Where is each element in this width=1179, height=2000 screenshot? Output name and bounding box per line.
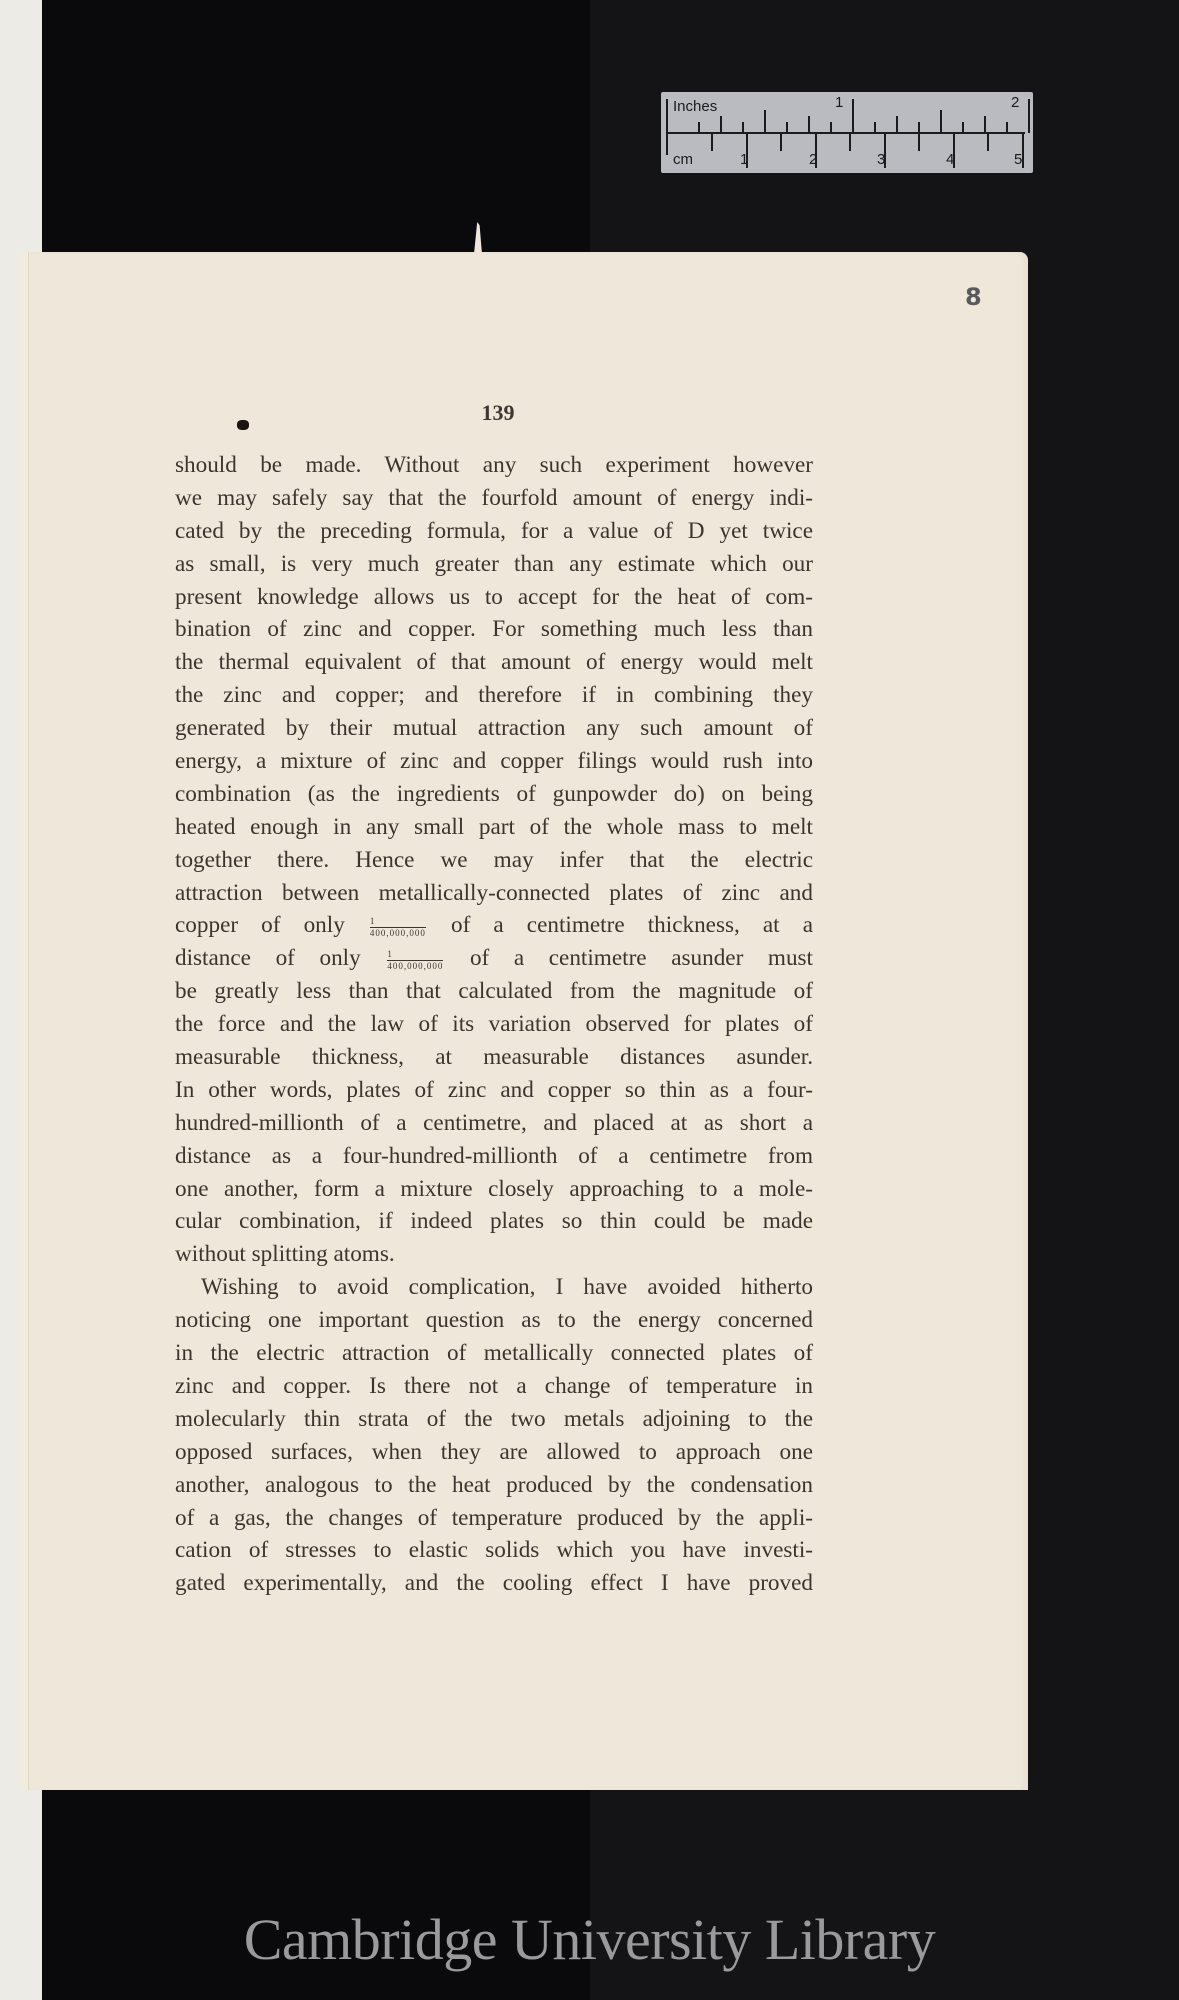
ruler-tick xyxy=(896,116,898,133)
text-line: cular combination, if indeed plates so t… xyxy=(175,1205,813,1238)
ruler-tick xyxy=(884,134,886,168)
fraction-denominator: 400,000,000 xyxy=(370,928,426,938)
fraction-line-after: of a centimetre thickness, at a xyxy=(451,912,813,938)
text-line: gated experimentally, and the cooling ef… xyxy=(175,1567,813,1600)
text-line: another, analogous to the heat produced … xyxy=(175,1469,813,1502)
text-line: together there. Hence we may infer that … xyxy=(175,844,813,877)
text-line: molecularly thin strata of the two metal… xyxy=(175,1403,813,1436)
text-line: measurable thickness, at measurable dist… xyxy=(175,1041,813,1074)
archive-folio-number: 8 xyxy=(965,283,982,311)
fraction-numerator: 1 xyxy=(370,917,426,928)
text-line: of a gas, the changes of temperature pro… xyxy=(175,1502,813,1535)
fraction-denominator: 400,000,000 xyxy=(387,961,443,971)
page-number: 139 xyxy=(478,400,518,426)
ruler-tick xyxy=(984,116,986,133)
ruler-tick xyxy=(1022,134,1024,168)
ruler-tick xyxy=(720,116,722,133)
ruler-tick xyxy=(962,122,964,133)
ruler-tick xyxy=(698,122,700,133)
body-text: should be made. Without any such experim… xyxy=(175,449,813,1600)
text-line: Wishing to avoid complication, I have av… xyxy=(175,1271,813,1304)
text-line: we may safely say that the fourfold amou… xyxy=(175,482,813,515)
ruler-tick xyxy=(852,99,854,133)
ruler-tick xyxy=(953,134,955,168)
text-line-with-fraction: distance of only 1 400,000,000 of a cent… xyxy=(175,942,813,975)
ruler-inch-mark-1: 1 xyxy=(835,95,843,110)
text-line: the force and the law of its variation o… xyxy=(175,1008,813,1041)
text-line: cated by the preceding formula, for a va… xyxy=(175,515,813,548)
ruler-tick xyxy=(918,122,920,133)
text-line: be greatly less than that calculated fro… xyxy=(175,975,813,1008)
text-line: the thermal equivalent of that amount of… xyxy=(175,646,813,679)
ruler-inch-mark-2: 2 xyxy=(1011,95,1019,110)
ruler-tick xyxy=(874,122,876,133)
text-line: zinc and copper. Is there not a change o… xyxy=(175,1370,813,1403)
ruler-tick xyxy=(849,134,851,151)
ruler-tick xyxy=(987,134,989,151)
text-line: in the electric attraction of metallical… xyxy=(175,1337,813,1370)
text-line: generated by their mutual attraction any… xyxy=(175,712,813,745)
text-line: one another, form a mixture closely appr… xyxy=(175,1173,813,1206)
library-watermark: Cambridge University Library xyxy=(0,1906,1179,1973)
ruler-tick xyxy=(711,134,713,151)
text-line: noticing one important question as to th… xyxy=(175,1304,813,1337)
text-line: as small, is very much greater than any … xyxy=(175,548,813,581)
text-line: cation of stresses to elastic solids whi… xyxy=(175,1534,813,1567)
text-line-with-fraction: copper of only 1 400,000,000 of a centim… xyxy=(175,909,813,942)
ruler-tick xyxy=(808,116,810,133)
text-line: energy, a mixture of zinc and copper fil… xyxy=(175,745,813,778)
text-line: opposed surfaces, when they are allowed … xyxy=(175,1436,813,1469)
text-line: should be made. Without any such experim… xyxy=(175,449,813,482)
fraction-line-after: of a centimetre asunder must xyxy=(470,945,813,971)
fraction-line-before: copper of only xyxy=(175,912,345,938)
ruler-tick xyxy=(1028,99,1030,133)
text-line: distance as a four-hundred-millionth of … xyxy=(175,1140,813,1173)
ruler-tick xyxy=(780,134,782,151)
measurement-ruler: Inches 1 2 cm 1 2 3 4 5 xyxy=(661,92,1033,173)
ruler-tick xyxy=(742,122,744,133)
text-line: bination of zinc and copper. For somethi… xyxy=(175,613,813,646)
text-line: present knowledge allows us to accept fo… xyxy=(175,581,813,614)
text-line: without splitting atoms. xyxy=(175,1238,813,1271)
ruler-tick xyxy=(746,134,748,168)
fraction: 1 400,000,000 xyxy=(387,950,443,971)
ruler-cm-label: cm xyxy=(673,152,693,167)
text-line: combination (as the ingredients of gunpo… xyxy=(175,778,813,811)
ruler-tick xyxy=(830,122,832,133)
fraction: 1 400,000,000 xyxy=(370,917,426,938)
ruler-tick xyxy=(815,134,817,168)
ruler-tick xyxy=(764,110,766,133)
text-line: hundred-millionth of a centimetre, and p… xyxy=(175,1107,813,1140)
text-line: attraction between metallically-connecte… xyxy=(175,877,813,910)
ruler-tick xyxy=(1006,122,1008,133)
ruler-tick xyxy=(786,122,788,133)
ruler-tick xyxy=(666,99,668,155)
text-line: heated enough in any small part of the w… xyxy=(175,811,813,844)
text-line: the zinc and copper; and therefore if in… xyxy=(175,679,813,712)
ruler-tick xyxy=(918,134,920,151)
text-line: In other words, plates of zinc and coppe… xyxy=(175,1074,813,1107)
fraction-numerator: 1 xyxy=(387,950,443,961)
ruler-inches-label: Inches xyxy=(673,99,717,114)
fraction-line-before: distance of only xyxy=(175,945,361,971)
ruler-tick xyxy=(940,110,942,133)
paper-edge xyxy=(20,252,29,1790)
ink-blot xyxy=(237,420,249,430)
